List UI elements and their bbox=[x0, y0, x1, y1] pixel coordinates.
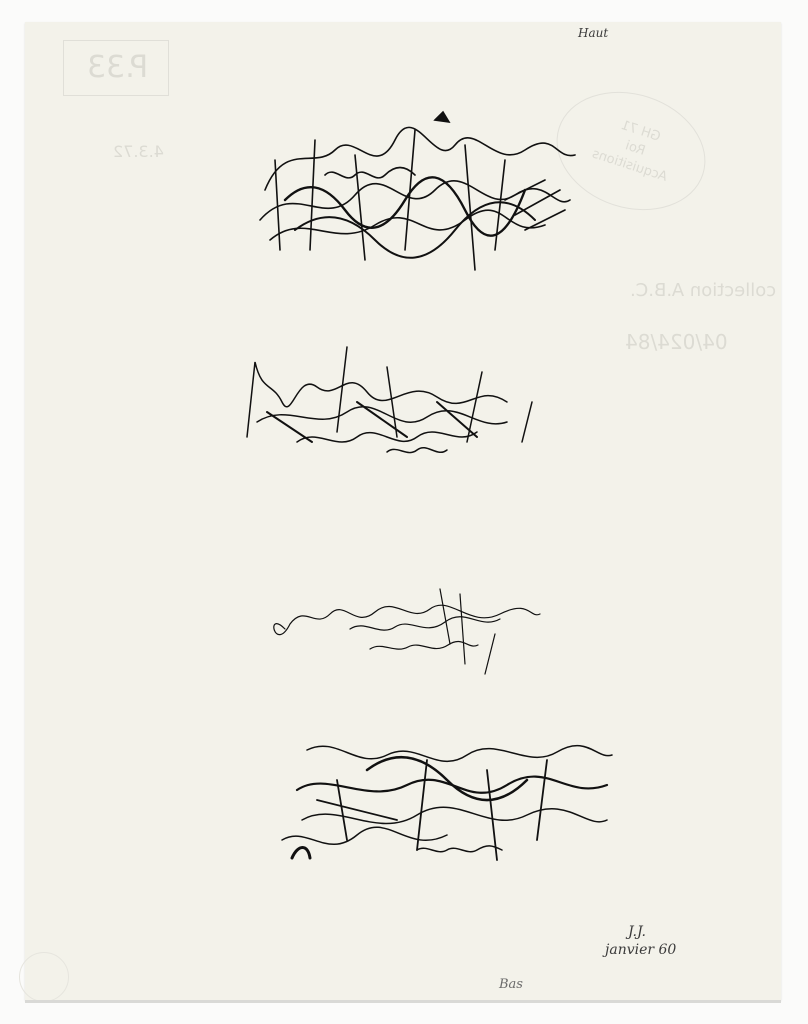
collection-mark: collection A.B.C. bbox=[630, 280, 776, 301]
signature-date: janvier 60 bbox=[605, 942, 676, 958]
date-mark: 4.3.72 bbox=[113, 142, 164, 161]
scribble-block-3 bbox=[260, 574, 545, 684]
inventory-number: P.33 bbox=[87, 50, 148, 85]
scribble-block-2 bbox=[237, 342, 547, 472]
scribble-block-4 bbox=[277, 730, 622, 880]
top-orientation-label: Haut bbox=[578, 26, 608, 40]
bottom-orientation-label: Bas bbox=[499, 977, 523, 992]
corner-stamp bbox=[19, 952, 69, 1002]
scribble-block-1 bbox=[255, 100, 585, 275]
number-mark: 04/024/84 bbox=[625, 330, 728, 354]
paper-sheet: P.33 4.3.72 GH 71 Roi Acquisitions colle… bbox=[25, 22, 781, 1000]
signature-initials: J.J. bbox=[628, 924, 646, 940]
